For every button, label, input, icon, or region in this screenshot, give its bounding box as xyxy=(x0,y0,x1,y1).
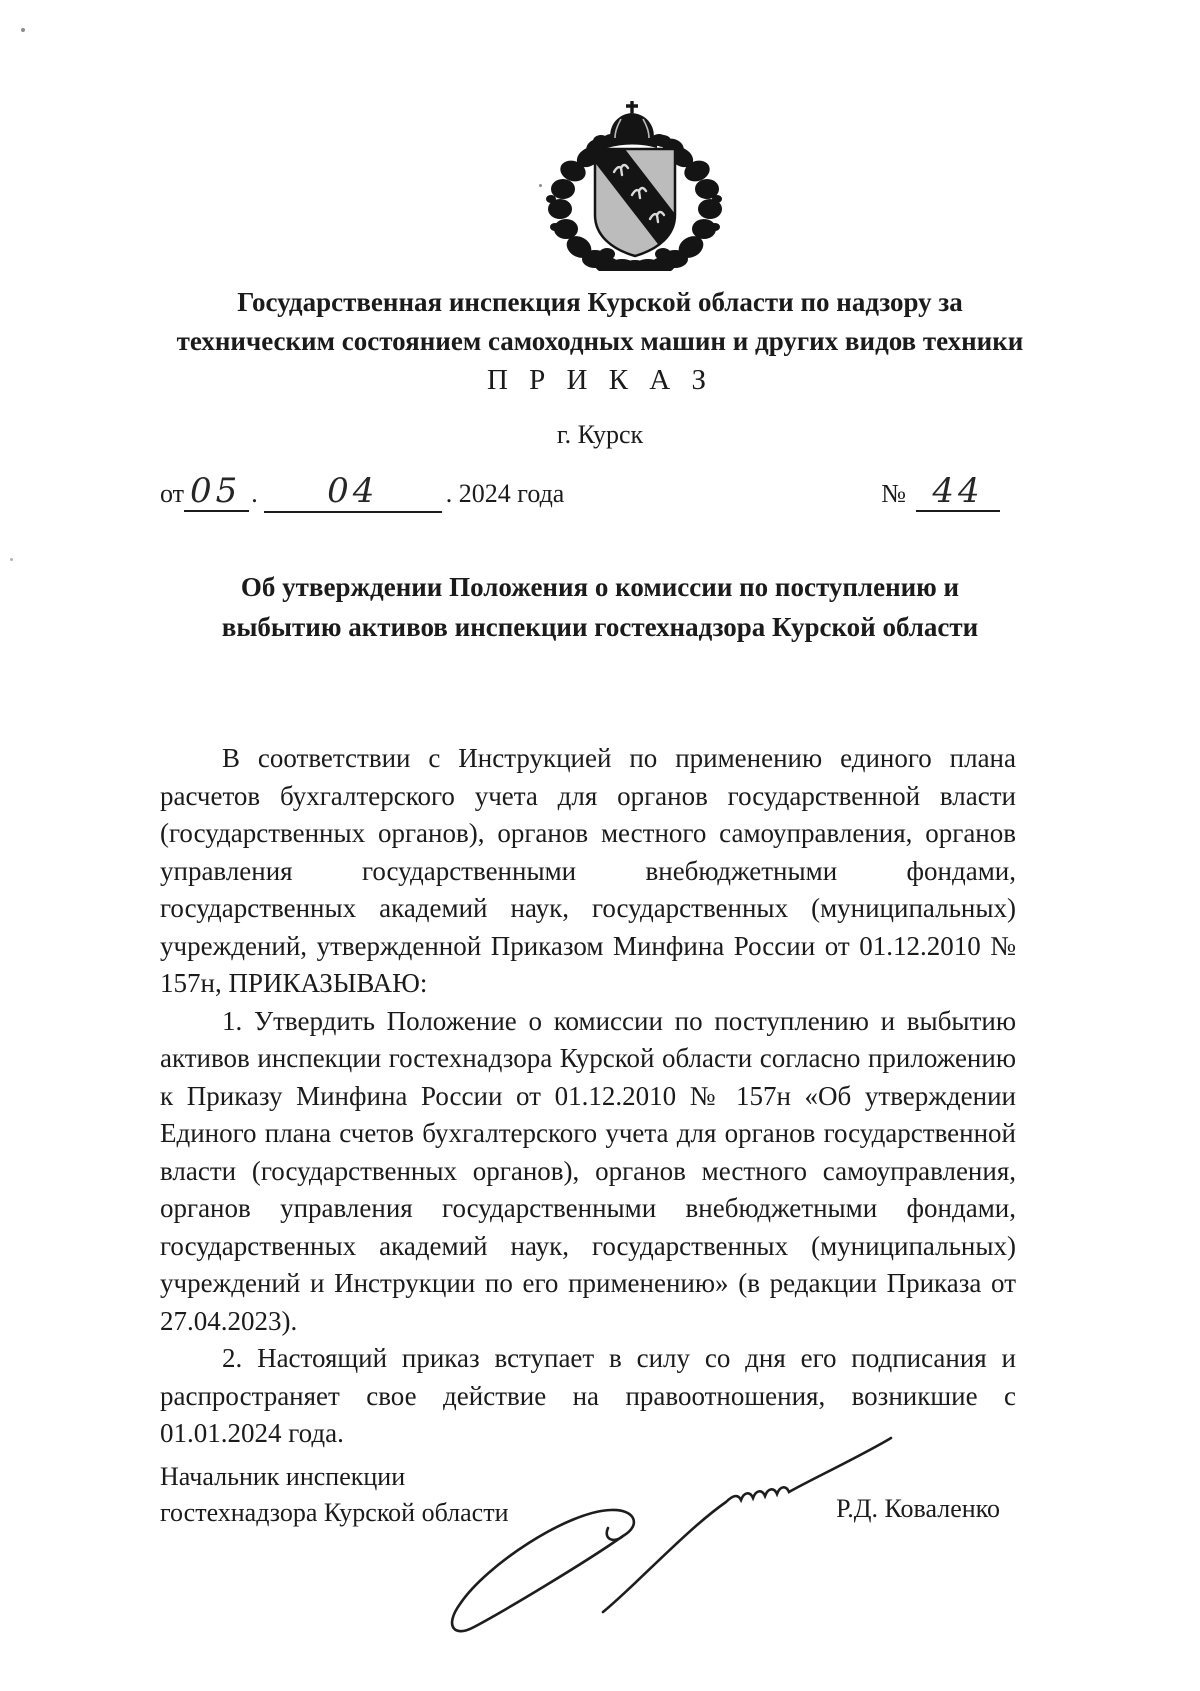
date-prefix: от xyxy=(160,479,184,509)
kursk-oblast-coat-of-arms-icon xyxy=(537,99,727,271)
date-separator: . xyxy=(251,479,258,509)
signer-name: Р.Д. Коваленко xyxy=(836,1494,1000,1524)
date-and-number-row: от 05 . 04 . 2024 года № 44 xyxy=(160,474,1000,526)
order-subject-line1: Об утверждении Положения о комиссии по п… xyxy=(0,567,1200,607)
number-handwritten: 44 xyxy=(916,474,1000,512)
org-name: Государственная инспекция Курской област… xyxy=(0,283,1200,361)
city-line: г. Курск xyxy=(0,420,1200,450)
number-label: № xyxy=(881,479,906,509)
crown-icon xyxy=(593,101,671,148)
date-month-blank: 04 xyxy=(264,474,442,513)
scan-speck xyxy=(21,28,25,32)
date-year: . 2024 года xyxy=(446,479,565,509)
body-paragraph-preamble: В соответствии с Инструкцией по применен… xyxy=(160,740,1016,1003)
scan-speck xyxy=(10,558,13,561)
org-name-line1: Государственная инспекция Курской област… xyxy=(0,283,1200,322)
order-subject: Об утверждении Положения о комиссии по п… xyxy=(0,567,1200,647)
date-day-handwritten: 05 xyxy=(184,474,249,512)
document-page: Государственная инспекция Курской област… xyxy=(0,0,1200,1691)
order-subject-line2: выбытию активов инспекции гостехнадзора … xyxy=(0,607,1200,647)
handwritten-signature-icon xyxy=(436,1390,900,1648)
number-group: № 44 xyxy=(881,474,1000,512)
order-body: В соответствии с Инструкцией по применен… xyxy=(160,740,1016,1453)
body-paragraph-item1: 1. Утвердить Положение о комиссии по пос… xyxy=(160,1003,1016,1341)
document-type-title: П Р И К А З xyxy=(0,364,1200,397)
date-group: от 05 . 04 . 2024 года xyxy=(160,474,564,513)
org-name-line2: техническим состоянием самоходных машин … xyxy=(0,322,1200,361)
date-month-handwritten: 04 xyxy=(327,471,378,511)
